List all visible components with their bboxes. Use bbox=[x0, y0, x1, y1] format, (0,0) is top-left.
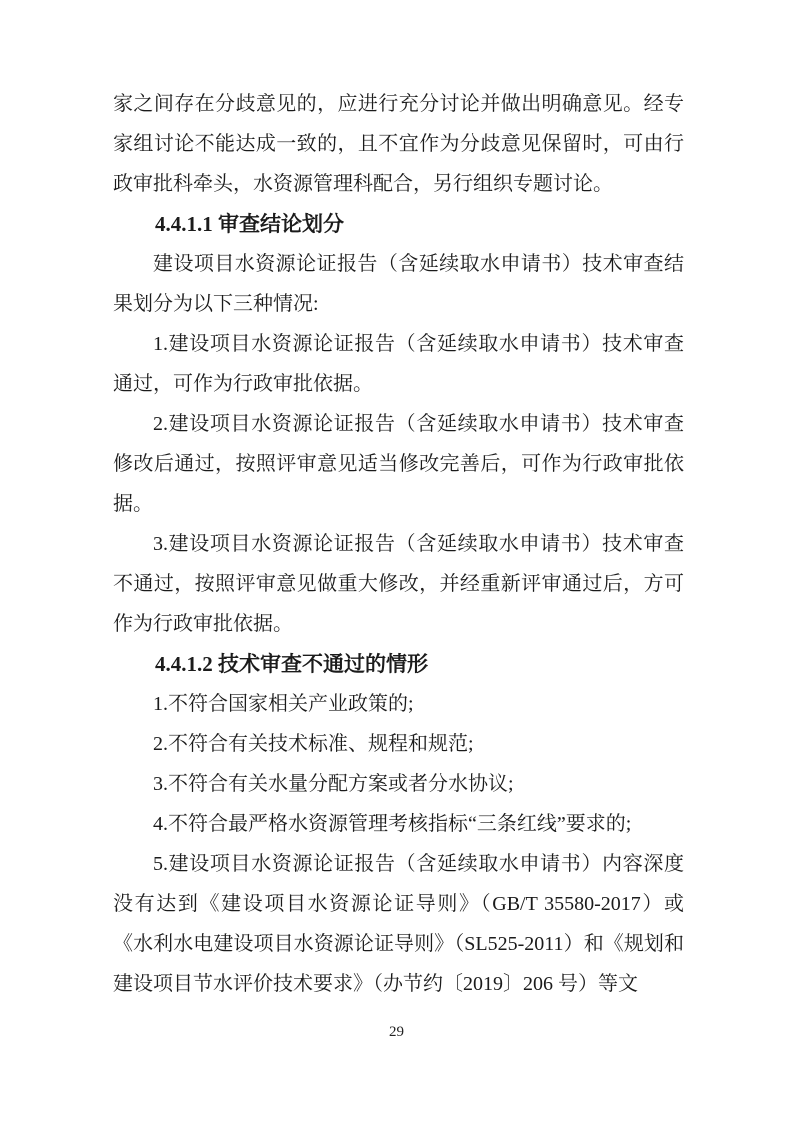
document-body: 家之间存在分歧意见的，应进行充分讨论并做出明确意见。经专家组讨论不能达成一致的，… bbox=[113, 84, 684, 1004]
list-item-3: 3.建设项目水资源论证报告（含延续取水申请书）技术审查不通过，按照评审意见做重大… bbox=[113, 524, 684, 644]
section-heading-4-4-1-1: 4.4.1.1 审查结论划分 bbox=[113, 204, 684, 244]
list-item-2: 2.建设项目水资源论证报告（含延续取水申请书）技术审查修改后通过，按照评审意见适… bbox=[113, 404, 684, 524]
body-paragraph: 建设项目水资源论证报告（含延续取水申请书）技术审查结果划分为以下三种情况: bbox=[113, 244, 684, 324]
list-item-2b: 2.不符合有关技术标准、规程和规范; bbox=[113, 724, 684, 764]
page-number: 29 bbox=[0, 1022, 793, 1042]
list-item-1b: 1.不符合国家相关产业政策的; bbox=[113, 684, 684, 724]
section-heading-4-4-1-2: 4.4.1.2 技术审查不通过的情形 bbox=[113, 644, 684, 684]
list-item-5b: 5.建设项目水资源论证报告（含延续取水申请书）内容深度没有达到《建设项目水资源论… bbox=[113, 844, 684, 1004]
document-page: 家之间存在分歧意见的，应进行充分讨论并做出明确意见。经专家组讨论不能达成一致的，… bbox=[0, 0, 793, 1122]
list-item-3b: 3.不符合有关水量分配方案或者分水协议; bbox=[113, 764, 684, 804]
list-item-4b: 4.不符合最严格水资源管理考核指标“三条红线”要求的; bbox=[113, 804, 684, 844]
body-paragraph-continued: 家之间存在分歧意见的，应进行充分讨论并做出明确意见。经专家组讨论不能达成一致的，… bbox=[113, 84, 684, 204]
list-item-1: 1.建设项目水资源论证报告（含延续取水申请书）技术审查通过，可作为行政审批依据。 bbox=[113, 324, 684, 404]
